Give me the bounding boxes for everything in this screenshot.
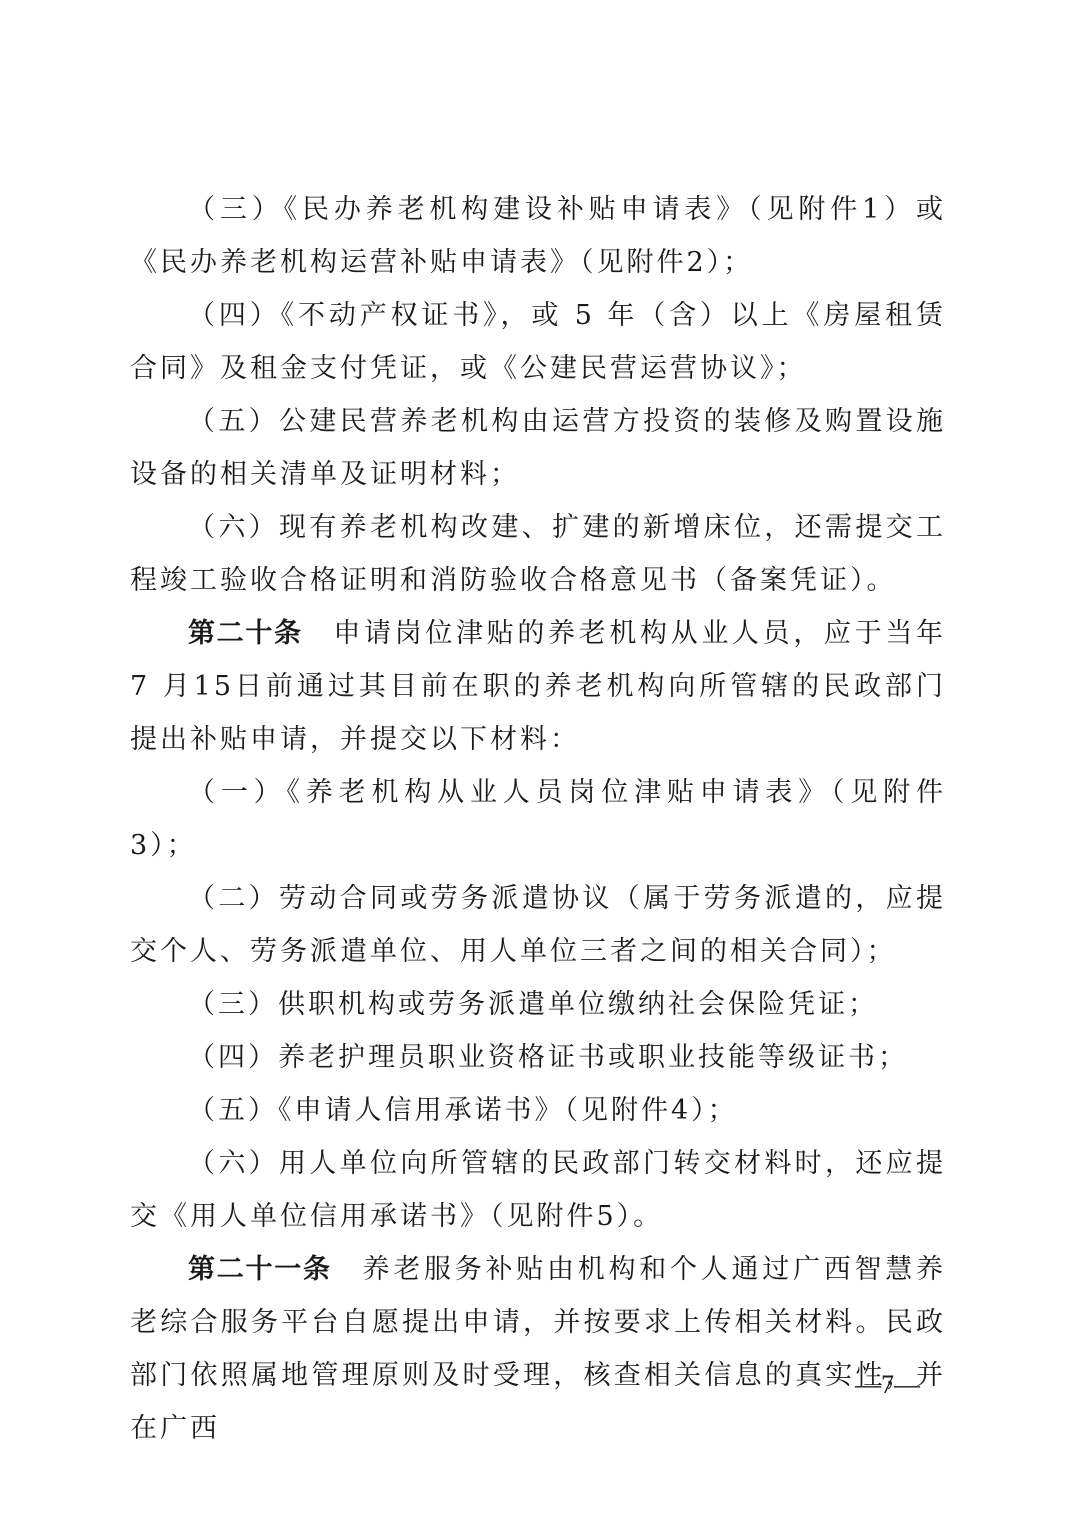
article-heading: 第二十条 — [188, 618, 303, 649]
page-number: —7— — [855, 1370, 920, 1400]
list-item: （四）养老护理员职业资格证书或职业技能等级证书； — [130, 1031, 946, 1084]
document-body: （三）《民办养老机构建设补贴申请表》（见附件1）或《民办养老机构运营补贴申请表》… — [130, 183, 946, 1455]
list-item: （五）公建民营养老机构由运营方投资的装修及购置设施设备的相关清单及证明材料； — [130, 395, 946, 501]
article-paragraph: 第二十条申请岗位津贴的养老机构从业人员，应于当年 7 月15日前通过其目前在职的… — [130, 607, 946, 766]
list-item: （三）《民办养老机构建设补贴申请表》（见附件1）或《民办养老机构运营补贴申请表》… — [130, 183, 946, 289]
list-item: （五）《申请人信用承诺书》（见附件4）； — [130, 1084, 946, 1137]
list-item: （六）现有养老机构改建、扩建的新增床位，还需提交工程竣工验收合格证明和消防验收合… — [130, 501, 946, 607]
list-item: （一）《养老机构从业人员岗位津贴申请表》（见附件3）； — [130, 766, 946, 872]
article-paragraph: 第二十一条养老服务补贴由机构和个人通过广西智慧养老综合服务平台自愿提出申请，并按… — [130, 1243, 946, 1455]
list-item: （六）用人单位向所管辖的民政部门转交材料时，还应提交《用人单位信用承诺书》（见附… — [130, 1137, 946, 1243]
list-item: （三）供职机构或劳务派遣单位缴纳社会保险凭证； — [130, 978, 946, 1031]
article-heading: 第二十一条 — [188, 1254, 332, 1285]
list-item: （四）《不动产权证书》，或 5 年（含）以上《房屋租赁合同》及租金支付凭证，或《… — [130, 289, 946, 395]
list-item: （二）劳动合同或劳务派遣协议（属于劳务派遣的，应提交个人、劳务派遣单位、用人单位… — [130, 872, 946, 978]
